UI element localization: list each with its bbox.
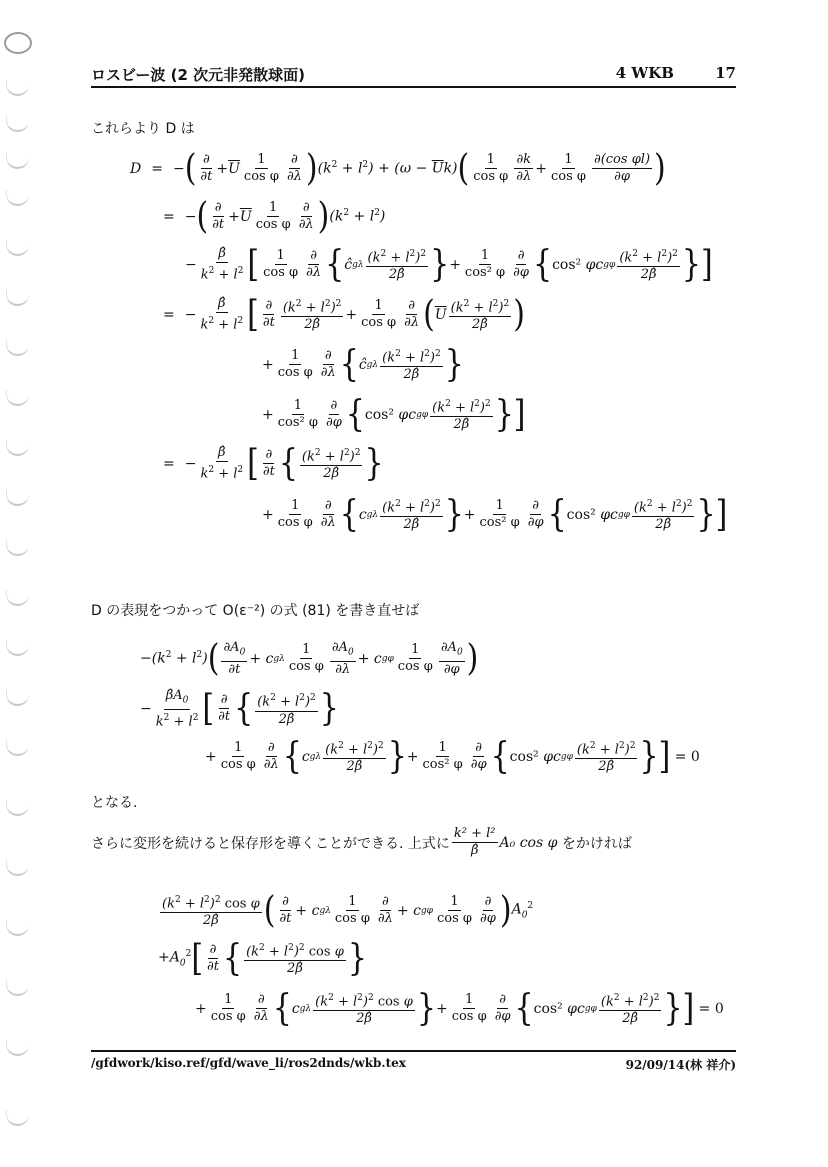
binder-ring-icon [6, 640, 29, 656]
para4-fraction: k² + l² β̂ [452, 826, 498, 859]
binder-ring-icon [6, 153, 29, 169]
equation-O-eps2-b: − β̂A0k2 + l2 [ ∂∂t { (k2 + l2)22β̂} [140, 688, 339, 730]
binder-ring-icon [6, 740, 29, 756]
eq-lhs: D [130, 161, 141, 177]
binder-ring-icon [6, 240, 29, 256]
binder-ring-icon [6, 290, 29, 306]
binder-ring-icon [6, 800, 29, 816]
binder-ring-icon [6, 980, 29, 996]
binder-ring-icon [6, 440, 29, 456]
equation-D-step2b: + 1cos φ ∂∂λ {ĉgλ (k2 + l2)22β̂} [262, 346, 464, 383]
binder-ring-icon [6, 190, 29, 206]
binder-ring-icon [6, 590, 29, 606]
binder-ring-icon [6, 390, 29, 406]
equation-conservation-a: (k2 + l2)2 cos φ2β̂ ( ∂∂t + cgλ 1cos φ ∂… [158, 892, 533, 929]
equation-O-eps2-a: −(k2 + l2)( ∂A0∂t + cgλ 1cos φ ∂A0∂λ + c… [140, 640, 478, 678]
paragraph-rewrite: D の表現をつかって O(ε⁻²) の式 (81) を書き直せば [91, 600, 419, 620]
equation-D-step3a: =− β̂k2 + l2 [ ∂∂t { (k2 + l2)22β̂} [153, 445, 384, 482]
binder-ring-icon [6, 1040, 29, 1056]
para4-math: A₀ cos φ [500, 835, 558, 851]
binder-ring-icon [6, 340, 29, 356]
equation-D-step2a: =− β̂k2 + l2 [ ∂∂t (k2 + l2)22β̂ + 1cos … [153, 296, 525, 333]
equation-D-definition: D = −( ∂∂t+ U 1cos φ ∂∂λ) (k2 + l2) + (ω… [130, 152, 666, 185]
binder-ring-icon [6, 80, 29, 96]
equation-D-step1b: − β̂k2 + l2 [ 1cos φ ∂∂λ {ĉgλ (k2 + l2)2… [185, 246, 713, 283]
binder-ring-icon [6, 490, 29, 506]
page-header: ロスビー波 (2 次元非発散球面) 4 WKB 17 [91, 62, 736, 88]
equation-D-step1a: =−( ∂∂t+ U 1cos φ ∂∂λ) (k2 + l2) [153, 200, 385, 233]
binder-ring-icon [6, 116, 29, 132]
binder-ring-icon [6, 1110, 29, 1126]
equation-conservation-c: + 1cos φ ∂∂λ {cgλ (k2 + l2)2 cos φ2β̂} +… [195, 990, 724, 1027]
equation-conservation-b: +A02 [ ∂∂t { (k2 + l2)2 cos φ2β̂} [158, 940, 367, 977]
intro-text: これらより D は [91, 118, 195, 138]
binder-ring-icon [6, 920, 29, 936]
binder-ring-icon [6, 540, 29, 556]
page-footer: /gfdwork/kiso.ref/gfd/wave_li/ros2dnds/w… [91, 1050, 736, 1052]
section-label: 4 WKB [616, 64, 674, 82]
document-title: ロスビー波 (2 次元非発散球面) [91, 64, 305, 85]
date-author: 92/09/14(林 祥介) [626, 1056, 736, 1073]
binder-ring-icon [4, 32, 32, 54]
paragraph-result: となる. [91, 792, 137, 812]
equation-D-step2c: + 1cos² φ ∂∂φ {cos² φcgφ (k2 + l2)22β̂}] [262, 396, 526, 433]
equation-O-eps2-c: + 1cos φ ∂∂λ {cgλ (k2 + l2)22β̂} + 1cos²… [205, 738, 700, 775]
binder-ring-icon [6, 860, 29, 876]
para4-text-before: さらに変形を続けると保存形を導くことができる. 上式に [91, 833, 450, 853]
binder-ring-icon [6, 690, 29, 706]
file-path: /gfdwork/kiso.ref/gfd/wave_li/ros2dnds/w… [91, 1056, 406, 1070]
equation-D-step3b: + 1cos φ ∂∂λ {cgλ (k2 + l2)22β̂} + 1cos²… [262, 496, 727, 533]
page-number: 17 [715, 64, 736, 82]
paragraph-conservation: さらに変形を続けると保存形を導くことができる. 上式に k² + l² β̂ A… [91, 826, 632, 859]
para4-text-after: をかければ [562, 833, 632, 853]
